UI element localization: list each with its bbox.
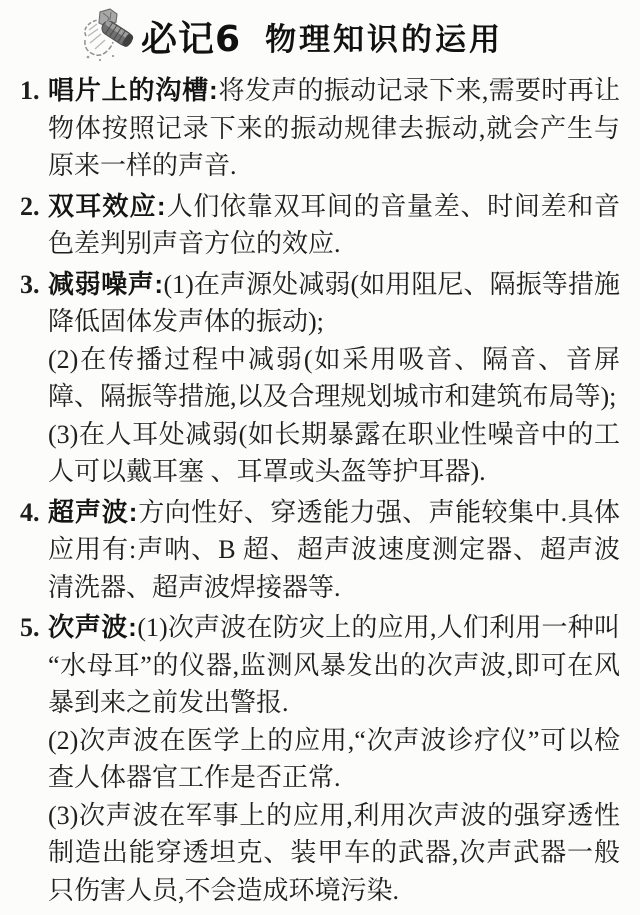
hand-chalk-sketch-icon [80,6,138,64]
page-container: 必记6 物理知识的运用 1.唱片上的沟槽:将发声的振动记录下来,需要时再让物体按… [0,0,640,915]
list-item: 5.次声波:(1)次声波在防灾上的应用,人们利用一种叫“水母耳”的仪器,监测风暴… [20,609,620,909]
item-number: 3. [20,266,40,304]
item-content: 唱片上的沟槽:将发声的振动记录下来,需要时再让物体按照记录下来的振动规律去振动,… [48,72,620,185]
item-text: (3)次声波在军事上的应用,利用次声波的强穿透性制造出能穿透坦克、装甲车的武器,… [48,801,620,905]
textbook-page: { "page": { "background": "#fcfcfa", "te… [0,0,640,915]
list-item: 3.减弱噪声:(1)在声源处减弱(如用阻尼、隔振等措施降低固体发声体的振动);(… [20,266,620,491]
item-paragraph: 超声波:方向性好、穿透能力强、声能较集中.具体应用有:声呐、B 超、超声波速度测… [48,494,620,607]
list-item: 4.超声波:方向性好、穿透能力强、声能较集中.具体应用有:声呐、B 超、超声波速… [20,494,620,607]
item-term: 减弱噪声: [48,269,164,299]
item-text: (2)次声波在医学上的应用,“次声波诊疗仪”可以检查人体器官工作是否正常. [48,726,620,793]
item-term: 唱片上的沟槽: [48,75,218,105]
item-number: 4. [20,494,40,532]
section-badge: 必记6 [141,11,241,62]
item-text: (2)在传播过程中减弱(如采用吸音、隔音、音屏障、隔振等措施,以及合理规划城市和… [48,345,620,412]
item-paragraph: 减弱噪声:(1)在声源处减弱(如用阻尼、隔振等措施降低固体发声体的振动); [48,266,620,341]
list-item: 2.双耳效应:人们依靠双耳间的音量差、时间差和音色差判别声音方位的效应. [20,188,620,263]
item-paragraph: (2)在传播过程中减弱(如采用吸音、隔音、音屏障、隔振等措施,以及合理规划城市和… [48,341,620,416]
item-term: 双耳效应: [48,191,166,221]
item-paragraph: 双耳效应:人们依靠双耳间的音量差、时间差和音色差判别声音方位的效应. [48,188,620,263]
page-header: 必记6 物理知识的运用 [0,0,640,66]
item-text: (3)在人耳处减弱(如长期暴露在职业性噪音中的工人可以戴耳塞 、耳罩或头盔等护耳… [48,420,620,487]
item-number: 2. [20,188,40,226]
notes-list: 1.唱片上的沟槽:将发声的振动记录下来,需要时再让物体按照记录下来的振动规律去振… [0,66,640,909]
item-term: 次声波: [48,612,137,642]
list-item: 1.唱片上的沟槽:将发声的振动记录下来,需要时再让物体按照记录下来的振动规律去振… [20,72,620,185]
item-content: 双耳效应:人们依靠双耳间的音量差、时间差和音色差判别声音方位的效应. [48,188,620,263]
item-paragraph: (3)在人耳处减弱(如长期暴露在职业性噪音中的工人可以戴耳塞 、耳罩或头盔等护耳… [48,416,620,491]
item-content: 次声波:(1)次声波在防灾上的应用,人们利用一种叫“水母耳”的仪器,监测风暴发出… [48,609,620,909]
item-content: 减弱噪声:(1)在声源处减弱(如用阻尼、隔振等措施降低固体发声体的振动);(2)… [48,266,620,491]
item-paragraph: (2)次声波在医学上的应用,“次声波诊疗仪”可以检查人体器官工作是否正常. [48,722,620,797]
item-term: 超声波: [48,497,138,527]
item-paragraph: 唱片上的沟槽:将发声的振动记录下来,需要时再让物体按照记录下来的振动规律去振动,… [48,72,620,185]
item-content: 超声波:方向性好、穿透能力强、声能较集中.具体应用有:声呐、B 超、超声波速度测… [48,494,620,607]
item-paragraph: (3)次声波在军事上的应用,利用次声波的强穿透性制造出能穿透坦克、装甲车的武器,… [48,797,620,910]
item-paragraph: 次声波:(1)次声波在防灾上的应用,人们利用一种叫“水母耳”的仪器,监测风暴发出… [48,609,620,722]
item-number: 1. [20,72,40,110]
item-number: 5. [20,609,40,647]
page-title: 物理知识的运用 [265,14,503,59]
